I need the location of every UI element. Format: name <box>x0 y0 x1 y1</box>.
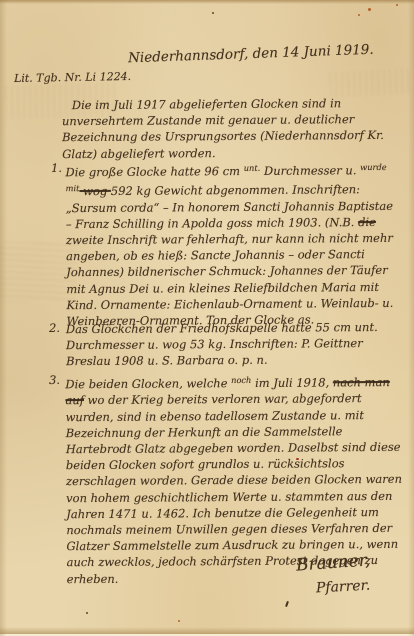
item-number-1: 1. <box>46 161 62 175</box>
text-segment-normal: Durchmesser u. <box>260 163 360 178</box>
ink-flick <box>285 601 289 607</box>
text-segment-strike: wog <box>79 184 111 198</box>
text-segment-normal: Die große Glocke hatte 96 cm <box>65 164 243 179</box>
ink-speck <box>86 612 88 614</box>
rust-speck <box>358 14 360 16</box>
scan-edge-right <box>408 0 414 636</box>
text-segment-normal: 592 kg Gewicht abgenommen. Inschriften: … <box>66 183 393 231</box>
text-segment-normal: Die beiden Glocken, welche <box>65 376 231 391</box>
scan-edge-top <box>0 0 414 4</box>
rust-speck <box>178 620 180 622</box>
item-number-2: 2. <box>44 321 60 335</box>
item-text-1: Die große Glocke hatte 96 cm unt. Durchm… <box>65 159 396 330</box>
text-segment-normal: Das Glöckchen der Friedhofskapelle hatte… <box>66 320 378 369</box>
rust-speck <box>396 4 398 6</box>
text-segment-normal: zweite Inschrift war fehlerhaft, nur kan… <box>66 231 393 328</box>
reference-number: Lit. Tgb. Nr. Li 1224. <box>14 70 131 85</box>
rust-speck <box>368 8 371 11</box>
intro-paragraph: Die im Juli 1917 abgelieferten Glocken s… <box>62 95 396 162</box>
red-speck <box>296 458 299 460</box>
scan-edge-bottom <box>0 627 414 634</box>
item-number-3: 3. <box>44 373 60 387</box>
text-segment-normal: im Juli 1918, <box>251 375 333 390</box>
place-date-line: Niederhannsdorf, den 14 Juni 1919. <box>128 42 374 67</box>
ink-speck <box>212 12 214 14</box>
document-scan: Niederhannsdorf, den 14 Juni 1919. Lit. … <box>0 0 414 636</box>
signature-title: Pfarrer. <box>316 578 371 597</box>
show-through-ghost <box>329 68 410 98</box>
text-segment-sup: unt. <box>244 163 261 173</box>
text-segment-strike: die <box>358 215 376 229</box>
text-segment-sup: noch <box>231 375 251 385</box>
item-text-2: Das Glöckchen der Friedhofskapelle hatte… <box>66 319 396 370</box>
